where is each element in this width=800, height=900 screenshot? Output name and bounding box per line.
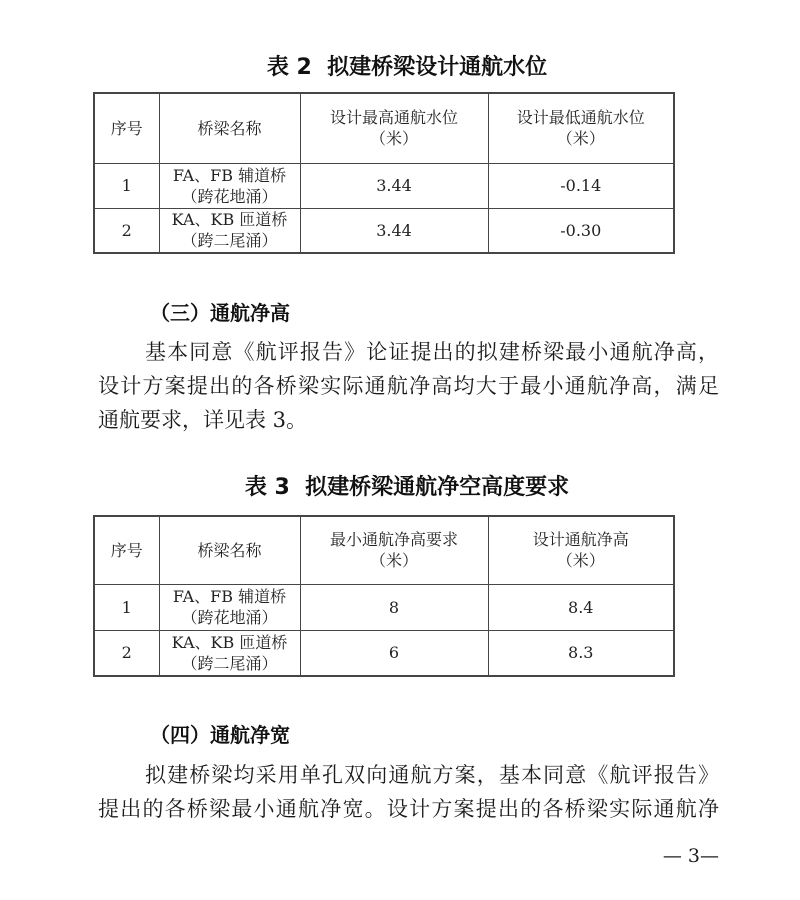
table3-header-row: 序号 桥梁名称 最小通航净高要求 （米） 设计通航净高 （米） bbox=[94, 516, 674, 584]
table-row: 2 KA、KB 匝道桥 （跨二尾涌） 6 8.3 bbox=[94, 630, 674, 676]
table3-row1-design-clearance: 8.4 bbox=[488, 584, 674, 630]
bridge-name-line1: FA、FB 辅道桥 bbox=[160, 165, 300, 186]
table2: 序号 桥梁名称 设计最高通航水位 （米） 设计最低通航水位 （米） 1 FA、F… bbox=[93, 92, 675, 254]
bridge-name-line1: FA、FB 辅道桥 bbox=[160, 586, 300, 607]
table2-header-max-level-line1: 设计最高通航水位 bbox=[301, 107, 488, 128]
table3: 序号 桥梁名称 最小通航净高要求 （米） 设计通航净高 （米） 1 FA、FB … bbox=[93, 515, 675, 677]
table3-row2-required-clearance: 6 bbox=[300, 630, 488, 676]
paragraph-clearance-width: 拟建桥梁均采用单孔双向通航方案，基本同意《航评报告》 提出的各桥梁最小通航净宽。… bbox=[98, 758, 719, 826]
table2-header-name: 桥梁名称 bbox=[159, 93, 300, 163]
table3-header-design-clearance-line1: 设计通航净高 bbox=[489, 529, 674, 550]
table3-header-required-clearance-unit: （米） bbox=[301, 550, 488, 571]
document-page: 表 2 拟建桥梁设计通航水位 序号 桥梁名称 设计最高通航水位 （米） 设计最低… bbox=[0, 0, 800, 900]
paragraph-line: 设计方案提出的各桥梁实际通航净高均大于最小通航净高，满足 bbox=[98, 369, 719, 403]
paragraph-line: 通航要求，详见表 3。 bbox=[98, 403, 719, 437]
table3-row1-bridge-name: FA、FB 辅道桥 （跨花地涌） bbox=[159, 584, 300, 630]
paragraph-line: 基本同意《航评报告》论证提出的拟建桥梁最小通航净高， bbox=[98, 335, 719, 369]
table-row: 1 FA、FB 辅道桥 （跨花地涌） 8 8.4 bbox=[94, 584, 674, 630]
table2-header-max-level-unit: （米） bbox=[301, 128, 488, 149]
table2-row1-no: 1 bbox=[94, 163, 159, 208]
table2-header-min-level-line1: 设计最低通航水位 bbox=[489, 107, 674, 128]
table2-header-max-level: 设计最高通航水位 （米） bbox=[300, 93, 488, 163]
table2-header-row: 序号 桥梁名称 设计最高通航水位 （米） 设计最低通航水位 （米） bbox=[94, 93, 674, 163]
table3-header-design-clearance: 设计通航净高 （米） bbox=[488, 516, 674, 584]
table3-header-required-clearance-line1: 最小通航净高要求 bbox=[301, 529, 488, 550]
table2-row2-max-level: 3.44 bbox=[300, 208, 488, 253]
table2-row2-no: 2 bbox=[94, 208, 159, 253]
table3-row1-required-clearance: 8 bbox=[300, 584, 488, 630]
table2-header-no: 序号 bbox=[94, 93, 159, 163]
table3-row2-design-clearance: 8.3 bbox=[488, 630, 674, 676]
table3-row1-no: 1 bbox=[94, 584, 159, 630]
bridge-name-line2: （跨花地涌） bbox=[160, 186, 300, 207]
table-row: 1 FA、FB 辅道桥 （跨花地涌） 3.44 -0.14 bbox=[94, 163, 674, 208]
table2-row1-min-level: -0.14 bbox=[488, 163, 674, 208]
table3-row2-bridge-name: KA、KB 匝道桥 （跨二尾涌） bbox=[159, 630, 300, 676]
table3-header-design-clearance-unit: （米） bbox=[489, 550, 674, 571]
table3-title: 表 3 拟建桥梁通航净空高度要求 bbox=[95, 474, 719, 502]
section-heading-clearance-height: （三）通航净高 bbox=[150, 300, 290, 326]
table2-title: 表 2 拟建桥梁设计通航水位 bbox=[95, 54, 719, 82]
table-row: 2 KA、KB 匝道桥 （跨二尾涌） 3.44 -0.30 bbox=[94, 208, 674, 253]
table2-header-min-level-unit: （米） bbox=[489, 128, 674, 149]
paragraph-line: 拟建桥梁均采用单孔双向通航方案，基本同意《航评报告》 bbox=[98, 758, 719, 792]
bridge-name-line1: KA、KB 匝道桥 bbox=[160, 632, 300, 653]
page-number: — 3— bbox=[663, 844, 719, 868]
table3-header-required-clearance: 最小通航净高要求 （米） bbox=[300, 516, 488, 584]
table3-row2-no: 2 bbox=[94, 630, 159, 676]
section-heading-clearance-width: （四）通航净宽 bbox=[150, 722, 290, 748]
bridge-name-line2: （跨二尾涌） bbox=[160, 653, 300, 674]
bridge-name-line2: （跨花地涌） bbox=[160, 607, 300, 628]
table3-header-no: 序号 bbox=[94, 516, 159, 584]
table2-row1-bridge-name: FA、FB 辅道桥 （跨花地涌） bbox=[159, 163, 300, 208]
table3-header-name: 桥梁名称 bbox=[159, 516, 300, 584]
table2-header-min-level: 设计最低通航水位 （米） bbox=[488, 93, 674, 163]
paragraph-line: 提出的各桥梁最小通航净宽。设计方案提出的各桥梁实际通航净 bbox=[98, 792, 719, 826]
table2-row2-min-level: -0.30 bbox=[488, 208, 674, 253]
bridge-name-line1: KA、KB 匝道桥 bbox=[160, 209, 300, 230]
table2-row1-max-level: 3.44 bbox=[300, 163, 488, 208]
table2-row2-bridge-name: KA、KB 匝道桥 （跨二尾涌） bbox=[159, 208, 300, 253]
bridge-name-line2: （跨二尾涌） bbox=[160, 230, 300, 251]
paragraph-clearance-height: 基本同意《航评报告》论证提出的拟建桥梁最小通航净高， 设计方案提出的各桥梁实际通… bbox=[98, 335, 719, 437]
